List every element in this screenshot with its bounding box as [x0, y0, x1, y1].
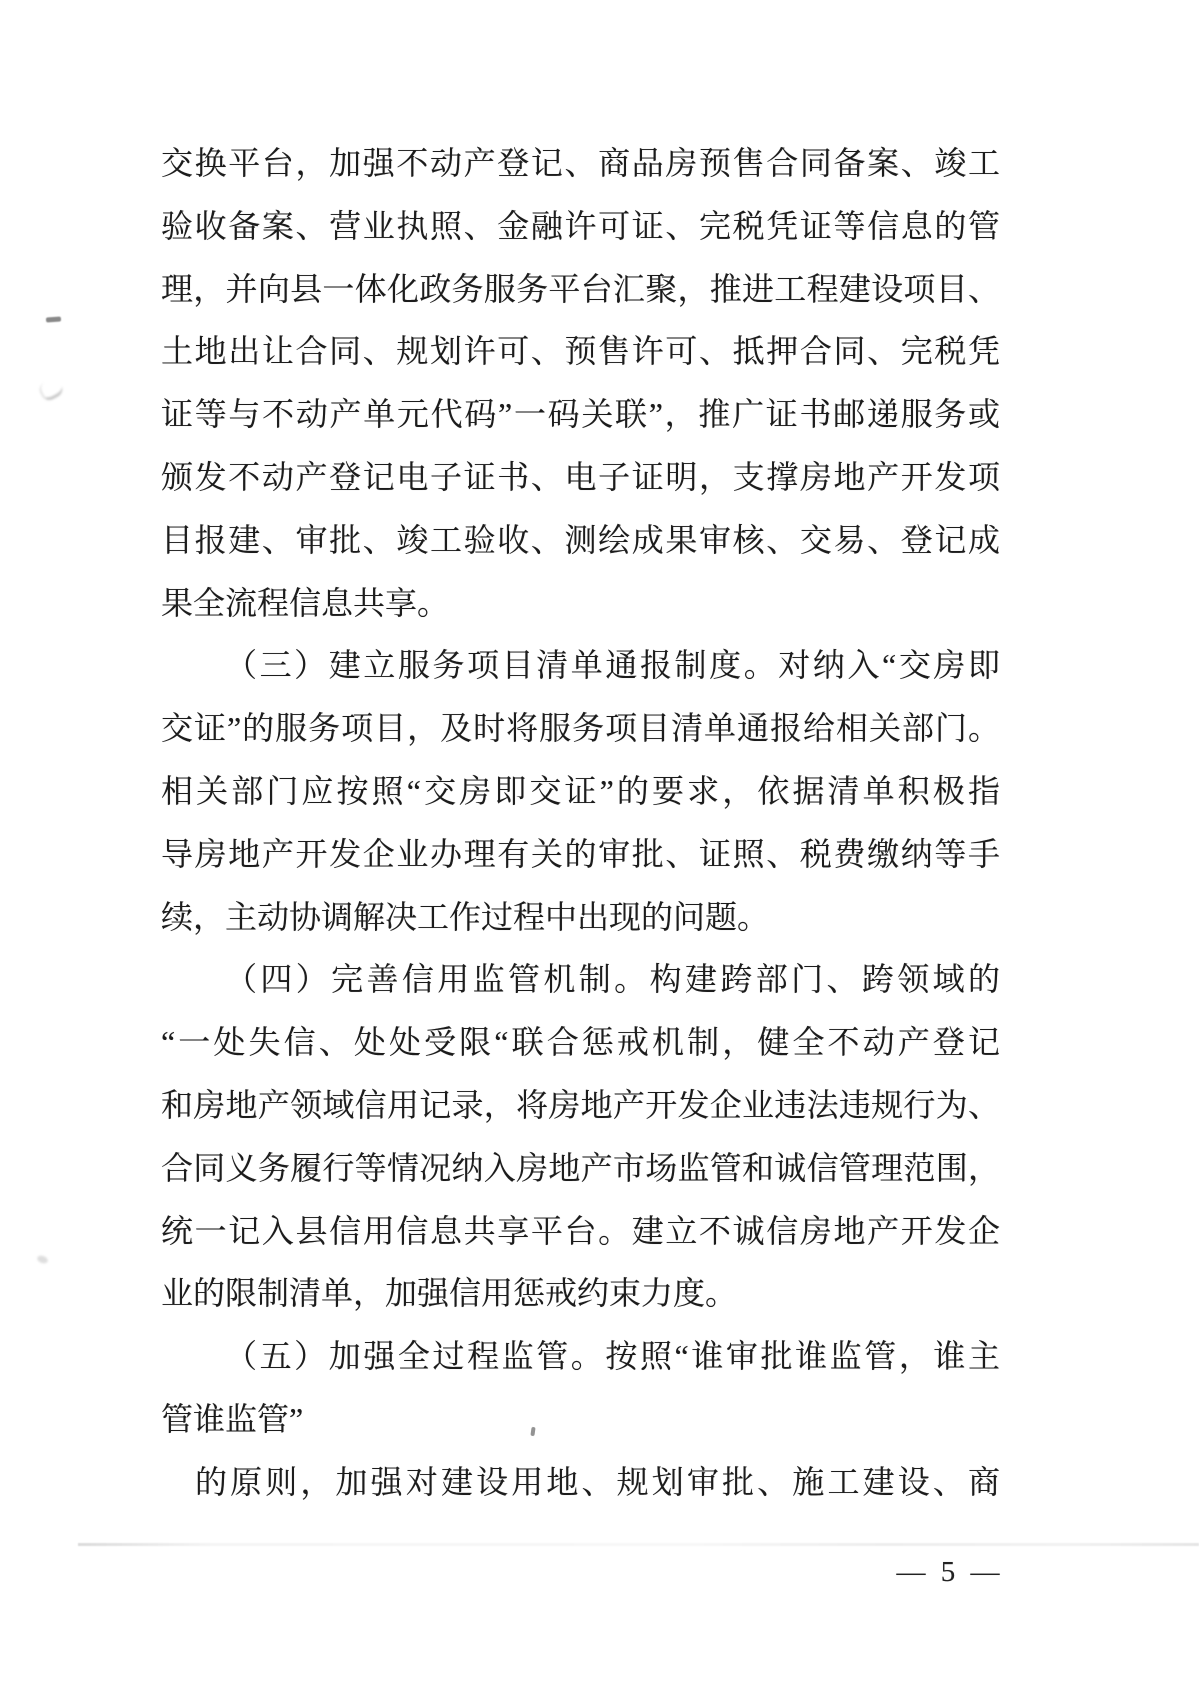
body-text-line: 管谁监管”	[161, 1388, 1000, 1451]
body-text-line: 相关部门应按照“交房即交证”的要求，依据清单积极指	[161, 760, 1000, 823]
scan-speck	[46, 316, 61, 322]
body-text-line: 的原则，加强对建设用地、规划审批、施工建设、商	[161, 1451, 1000, 1514]
body-text-line: 验收备案、营业执照、金融许可证、完税凭证等信息的管	[161, 195, 1000, 258]
body-text-line: 导房地产开发企业办理有关的审批、证照、税费缴纳等手	[161, 823, 1000, 886]
paragraph-start-line-item-3: （三）建立服务项目清单通报制度。对纳入“交房即	[161, 634, 1000, 697]
paragraph-start-line-item-5: （五）加强全过程监管。按照“谁审批谁监管，谁主	[161, 1325, 1000, 1388]
scan-speck	[37, 376, 65, 403]
body-text-line: 合同义务履行等情况纳入房地产市场监管和诚信管理范围，	[161, 1137, 1000, 1200]
body-text-line: “一处失信、处处受限“联合惩戒机制，健全不动产登记	[161, 1011, 1000, 1074]
paragraph-start-line-item-4: （四）完善信用监管机制。构建跨部门、跨领域的	[161, 948, 1000, 1011]
body-text-line: 证等与不动产单元代码”一码关联”，推广证书邮递服务或	[161, 383, 1000, 446]
paragraph-end-line: 业的限制清单，加强信用惩戒约束力度。	[161, 1262, 1000, 1325]
scan-speck	[36, 1254, 49, 1264]
body-text-line: 交证”的服务项目，及时将服务项目清单通报给相关部门。	[161, 697, 1000, 760]
scanned-document-page: 交换平台，加强不动产登记、商品房预售合同备案、竣工 验收备案、营业执照、金融许可…	[0, 0, 1199, 1694]
body-text-line: 统一记入县信用信息共享平台。建立不诚信房地产开发企	[161, 1200, 1000, 1263]
page-number: — 5 —	[885, 1556, 1015, 1589]
scan-artifact-rule	[78, 1543, 1199, 1546]
paragraph-end-line: 续，主动协调解决工作过程中出现的问题。	[161, 886, 1000, 949]
body-text-line: 颁发不动产登记电子证书、电子证明，支撑房地产开发项	[161, 446, 1000, 509]
body-text-line: 土地出让合同、规划许可、预售许可、抵押合同、完税凭	[161, 320, 1000, 383]
body-text-line: 理，并向县一体化政务服务平台汇聚，推进工程建设项目、	[161, 258, 1000, 321]
paragraph-end-line: 果全流程信息共享。	[161, 572, 1000, 635]
document-body: 交换平台，加强不动产登记、商品房预售合同备案、竣工 验收备案、营业执照、金融许可…	[161, 132, 1000, 1514]
body-text-line: 目报建、审批、竣工验收、测绘成果审核、交易、登记成	[161, 509, 1000, 572]
body-text-line: 和房地产领域信用记录，将房地产开发企业违法违规行为、	[161, 1074, 1000, 1137]
body-text-line: 交换平台，加强不动产登记、商品房预售合同备案、竣工	[161, 132, 1000, 195]
